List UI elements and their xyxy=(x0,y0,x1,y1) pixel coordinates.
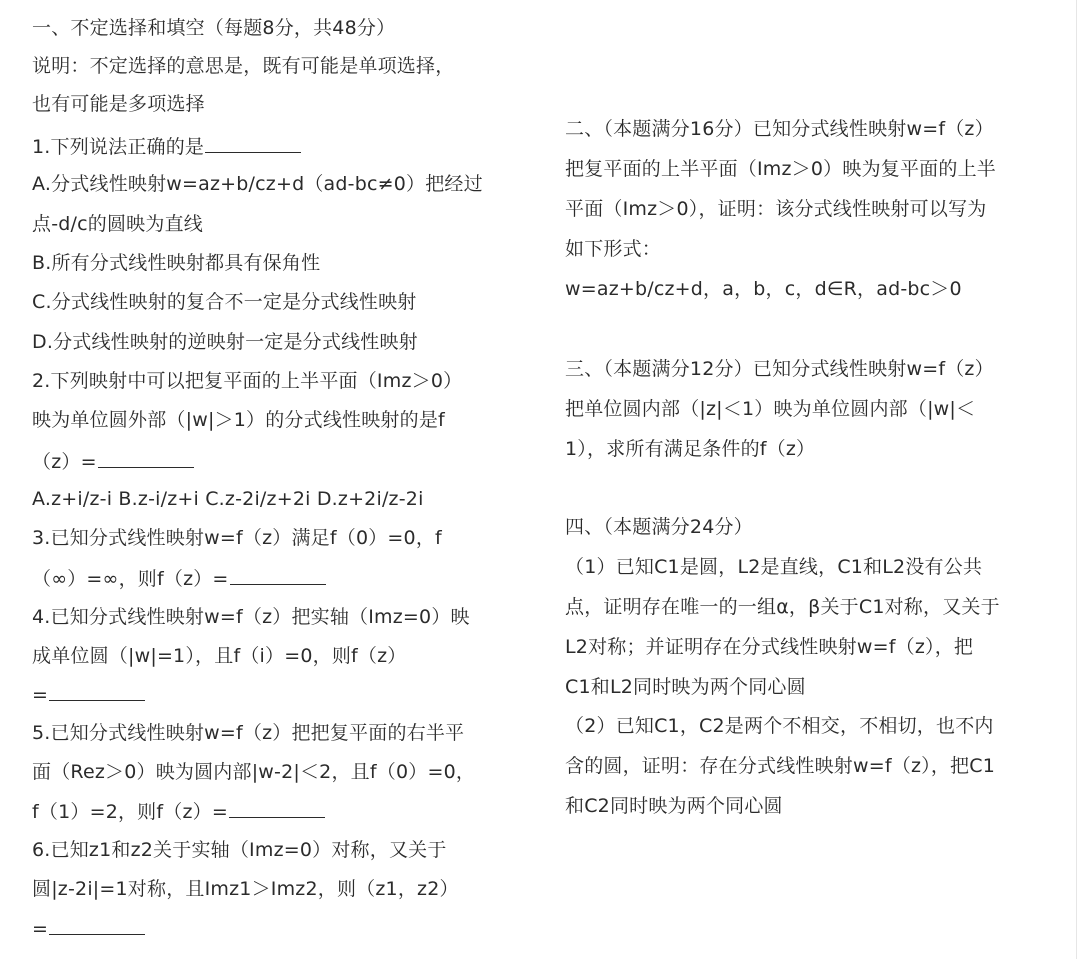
q2-line3-text: （z）= xyxy=(32,451,97,473)
section4-p2-line3: 和C2同时映为两个同心圆 xyxy=(565,794,783,818)
q1-answer-blank[interactable] xyxy=(205,134,301,153)
q2-line1: 2.下列映射中可以把复平面的上半平面（Imz＞0） xyxy=(32,369,462,393)
q5-line3-text: f（1）=2，则f（z）= xyxy=(32,801,228,823)
section1-note-line2: 也有可能是多项选择 xyxy=(32,92,205,116)
q5-answer-blank[interactable] xyxy=(229,799,325,818)
q4-line1: 4.已知分式线性映射w=f（z）把实轴（Imz=0）映 xyxy=(32,605,470,629)
section2-line3: 平面（Imz＞0），证明：该分式线性映射可以写为 xyxy=(565,197,986,221)
section2-line2: 把复平面的上半平面（Imz＞0）映为复平面的上半 xyxy=(565,157,996,181)
section2-line1: 二、（本题满分16分）已知分式线性映射w=f（z） xyxy=(565,117,994,141)
section4-p1-line2: 点，证明存在唯一的一组α，β关于C1对称，又关于 xyxy=(565,595,1000,619)
q1-option-a-line2: 点-d/c的圆映为直线 xyxy=(32,212,203,236)
section4-p2-line2: 含的圆，证明：存在分式线性映射w=f（z），把C1 xyxy=(565,754,995,778)
scan-edge-divider xyxy=(1076,0,1077,959)
q2-answer-blank[interactable] xyxy=(98,449,194,468)
section4-heading: 四、（本题满分24分） xyxy=(565,515,753,539)
section4-p1-line4: C1和L2同时映为两个同心圆 xyxy=(565,675,806,699)
section4-p2-line1: （2）已知C1，C2是两个不相交，不相切，也不内 xyxy=(565,714,994,738)
exam-page: 一、不定选择和填空（每题8分，共48分） 说明：不定选择的意思是，既有可能是单项… xyxy=(0,0,1080,959)
q6-line1: 6.已知z1和z2关于实轴（Imz=0）对称，又关于 xyxy=(32,838,447,862)
section1-note-line1: 说明：不定选择的意思是，既有可能是单项选择， xyxy=(32,54,454,78)
q3-line2: （∞）=∞，则f（z）= xyxy=(32,566,326,591)
q1-stem: 1.下列说法正确的是 xyxy=(32,134,301,159)
q2-options: A.z+i/z-i B.z-i/z+i C.z-2i/z+2i D.z+2i/z… xyxy=(32,487,424,511)
section4-p1-line3: L2对称；并证明存在分式线性映射w=f（z），把 xyxy=(565,635,973,659)
q6-line2: 圆|z-2i|=1对称，且Imz1＞Imz2，则（z1，z2） xyxy=(32,877,459,901)
section3-line2: 把单位圆内部（|z|＜1）映为单位圆内部（|w|＜ xyxy=(565,397,975,421)
q5-line2: 面（Rez＞0）映为圆内部|w-2|＜2，且f（0）=0， xyxy=(32,760,475,784)
q6-answer-blank[interactable] xyxy=(49,916,145,935)
q4-answer-blank[interactable] xyxy=(49,682,145,701)
q5-line3: f（1）=2，则f（z）= xyxy=(32,799,325,824)
q1-stem-text: 1.下列说法正确的是 xyxy=(32,136,204,158)
section3-line3: 1），求所有满足条件的f（z） xyxy=(565,437,815,461)
section2-formula: w=az+b/cz+d，a，b，c，d∈R，ad-bc＞0 xyxy=(565,277,962,301)
q4-line3-text: = xyxy=(32,684,48,706)
section2-line4: 如下形式： xyxy=(565,237,661,261)
q6-line3: = xyxy=(32,916,145,941)
q2-line2: 映为单位圆外部（|w|＞1）的分式线性映射的是f xyxy=(32,408,445,432)
q3-line2-text: （∞）=∞，则f（z）= xyxy=(32,568,229,590)
q4-line3: = xyxy=(32,682,145,707)
section3-line1: 三、（本题满分12分）已知分式线性映射w=f（z） xyxy=(565,357,994,381)
section4-p1-line1: （1）已知C1是圆，L2是直线，C1和L2没有公共 xyxy=(565,555,982,579)
q1-option-a-line1: A.分式线性映射w=az+b/cz+d（ad-bc≠0）把经过 xyxy=(32,172,483,196)
q5-line1: 5.已知分式线性映射w=f（z）把把复平面的右半平 xyxy=(32,721,464,745)
q4-line2: 成单位圆（|w|=1），且f（i）=0，则f（z） xyxy=(32,644,407,668)
section1-heading: 一、不定选择和填空（每题8分，共48分） xyxy=(32,16,395,40)
q1-option-d: D.分式线性映射的逆映射一定是分式线性映射 xyxy=(32,330,418,354)
q3-answer-blank[interactable] xyxy=(230,566,326,585)
q2-line3: （z）= xyxy=(32,449,194,474)
q1-option-b: B.所有分式线性映射都具有保角性 xyxy=(32,251,320,275)
q6-line3-text: = xyxy=(32,918,48,940)
q1-option-c: C.分式线性映射的复合不一定是分式线性映射 xyxy=(32,290,417,314)
q3-line1: 3.已知分式线性映射w=f（z）满足f（0）=0，f xyxy=(32,526,442,550)
